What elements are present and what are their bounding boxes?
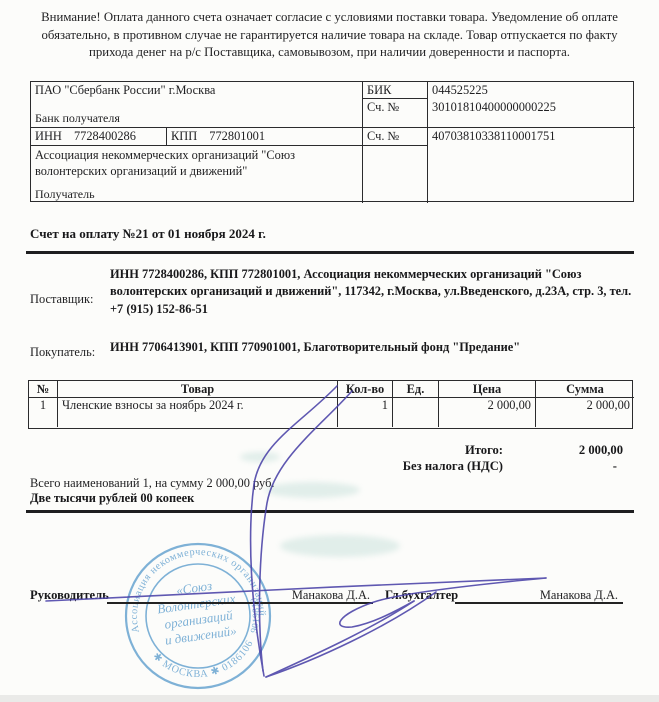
scan-edge-shadow bbox=[0, 695, 659, 702]
pen-signature bbox=[0, 0, 659, 702]
signature-strike-stroke bbox=[46, 578, 546, 601]
invoice-document: Внимание! Оплата данного счета означает … bbox=[0, 0, 659, 702]
signature-tail-return-stroke bbox=[266, 592, 436, 677]
signature-long-arc-2 bbox=[260, 391, 352, 671]
